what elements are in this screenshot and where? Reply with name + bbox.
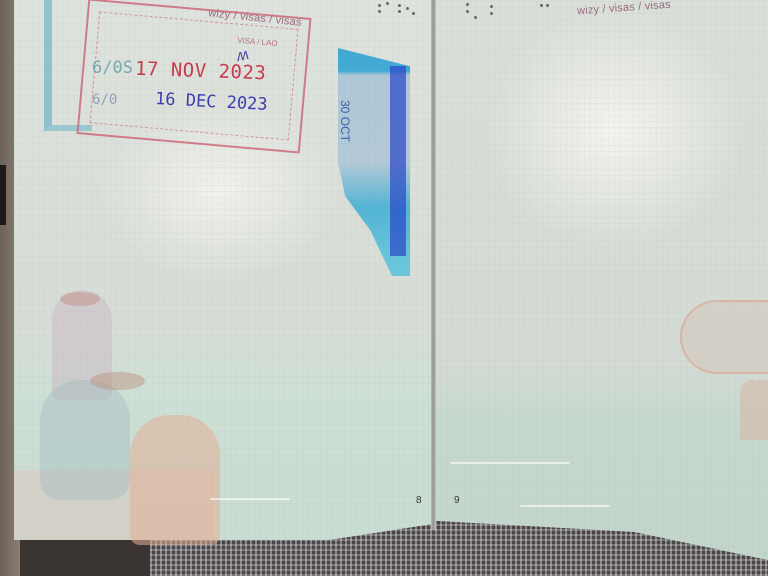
illustration-hat <box>60 292 100 306</box>
illustration-boat <box>680 300 768 374</box>
passport-page-right <box>434 0 768 560</box>
page-number: 9 <box>454 495 460 506</box>
security-pattern <box>434 0 768 560</box>
page-number: 8 <box>416 495 422 506</box>
wave-line <box>450 462 570 464</box>
wave-line <box>210 498 290 500</box>
illustration-hat <box>90 372 145 390</box>
stamp-prefix: 6/0S <box>92 58 133 78</box>
stamp-bar <box>390 66 406 256</box>
partial-stamp-text: 30 OCT <box>338 100 352 142</box>
passport-spine <box>431 0 436 530</box>
shadow <box>0 165 6 225</box>
illustration-figure-seated <box>40 380 130 500</box>
wave-line <box>520 505 610 507</box>
illustration-figure-boat <box>740 380 768 440</box>
illustration-rock <box>130 415 220 545</box>
stamp-prefix: 6/0 <box>92 92 117 108</box>
entry-date: 17 NOV 2023 <box>135 58 267 85</box>
